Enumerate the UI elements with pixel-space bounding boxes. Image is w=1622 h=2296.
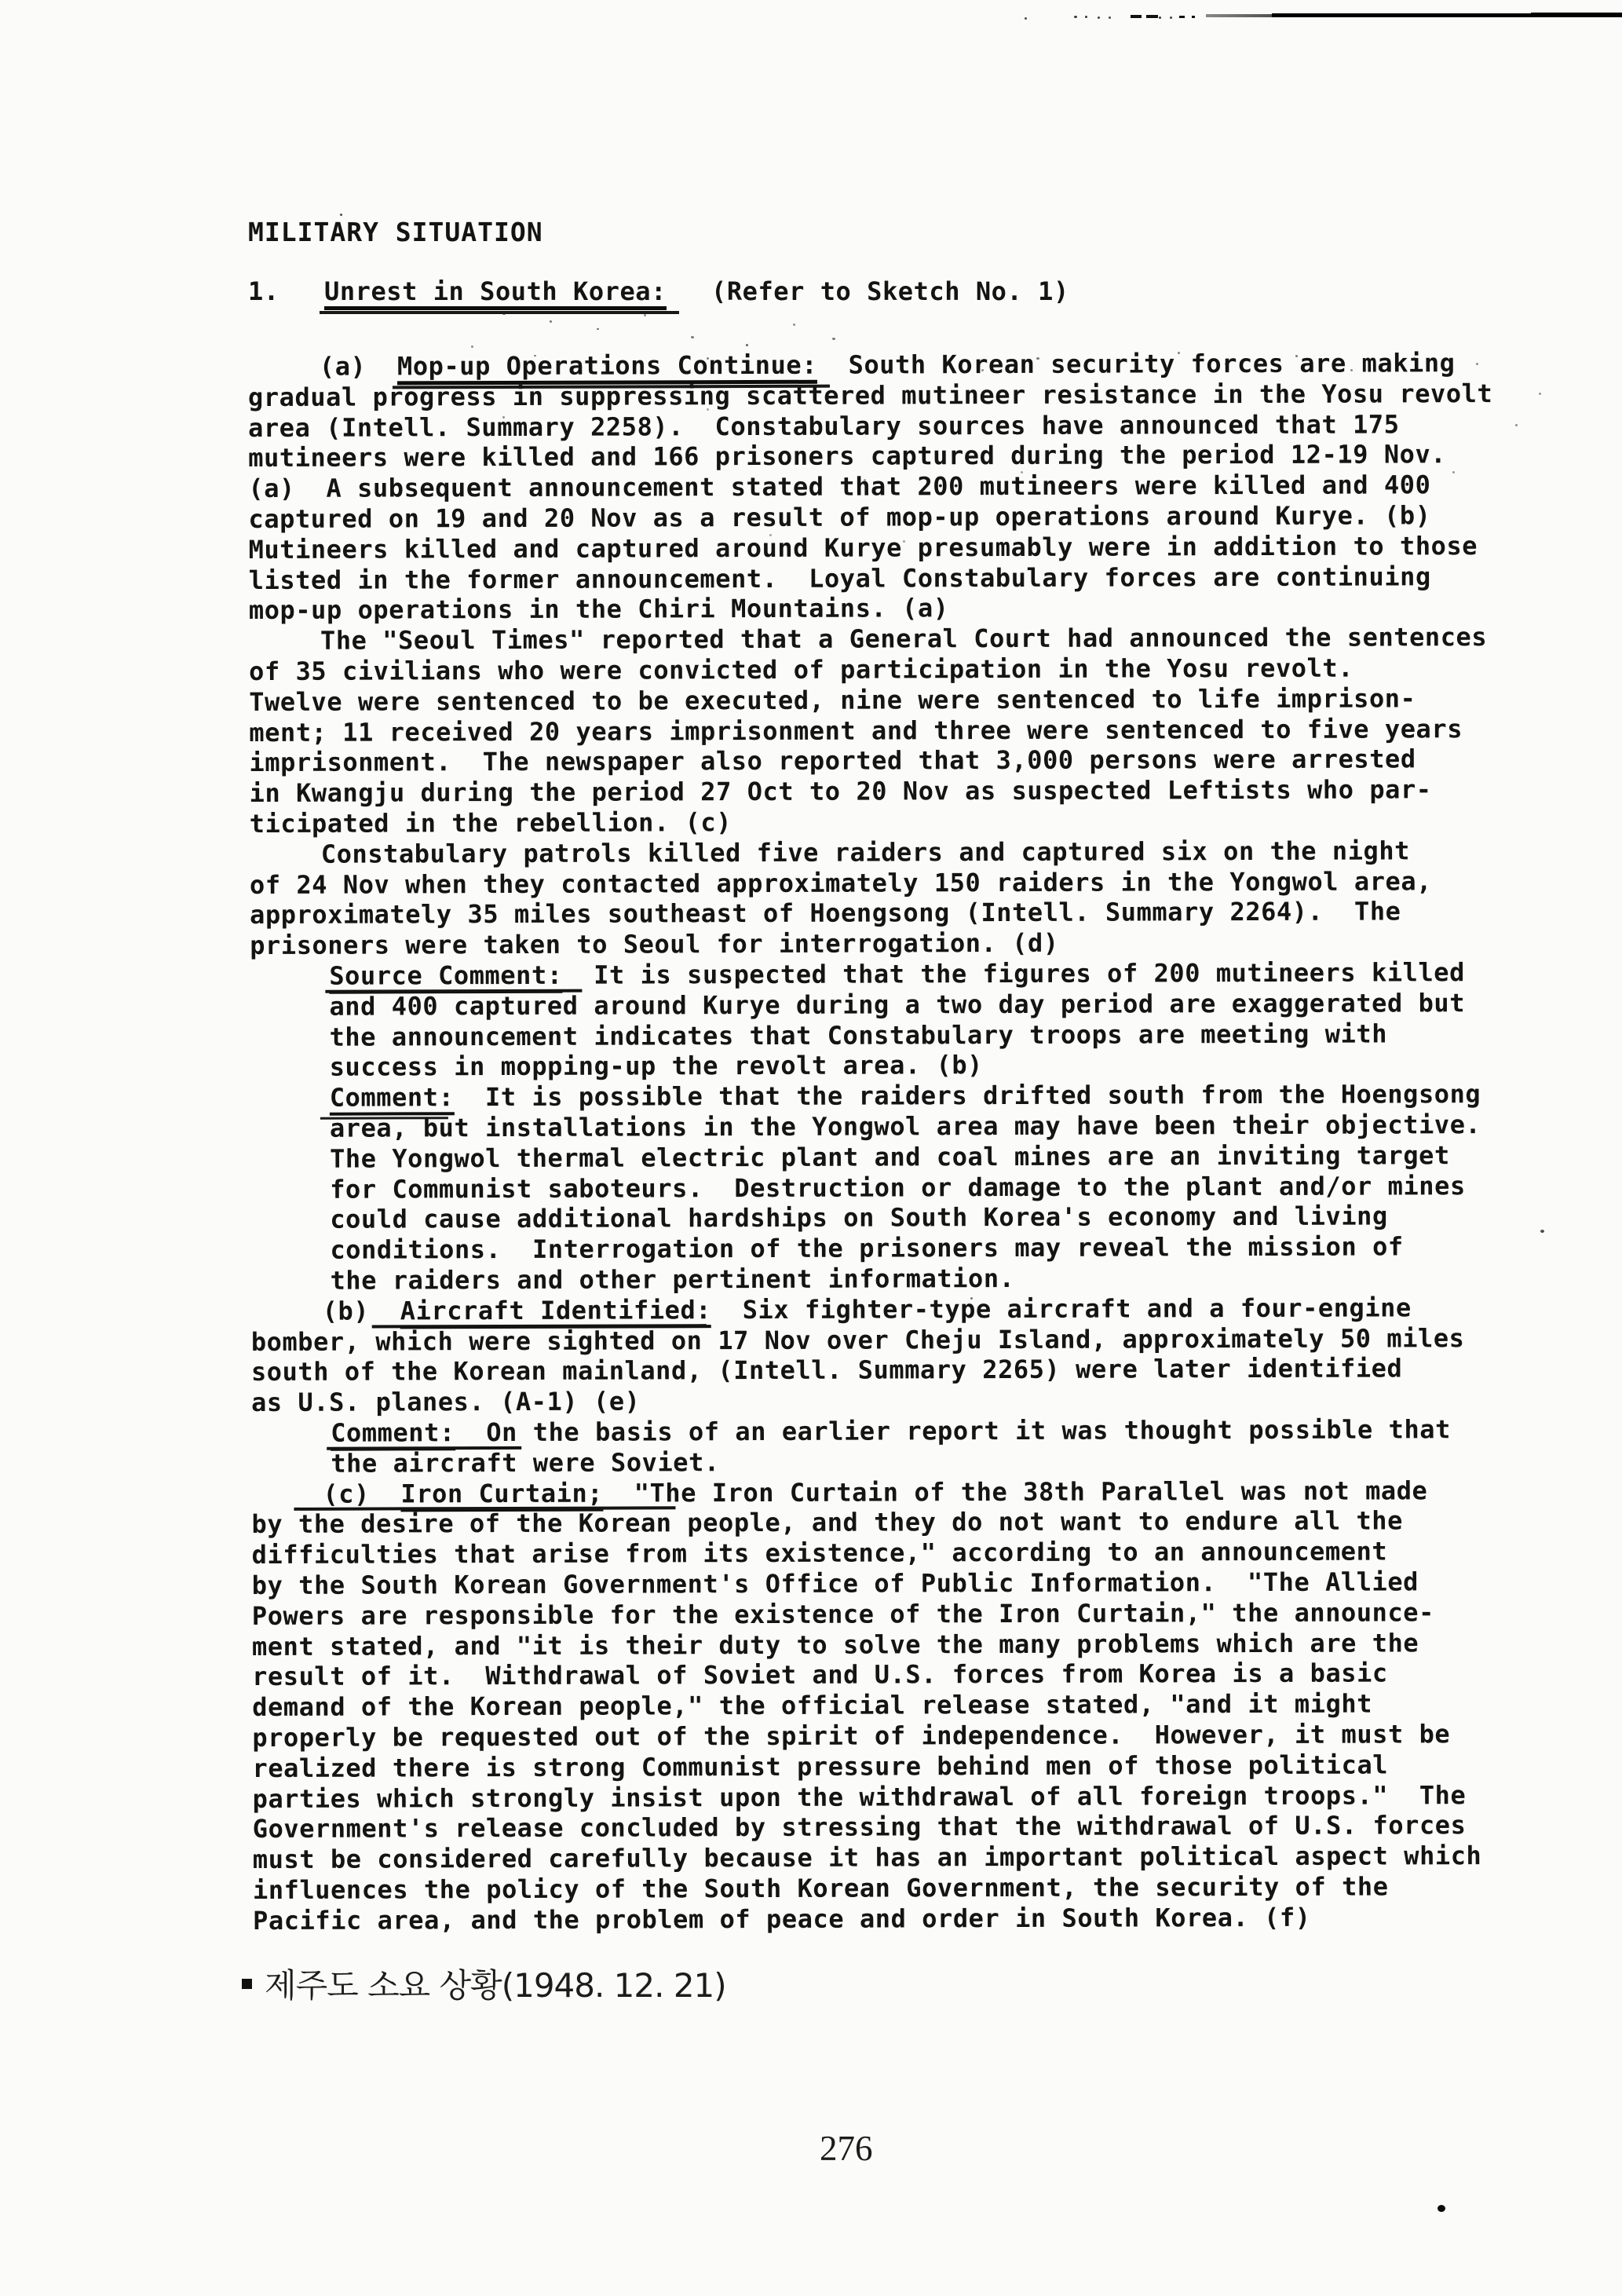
text-line: realized there is strong Communist press… [252, 1751, 1388, 1782]
text-segment: of 35 civilians who were convicted of pa… [249, 653, 1353, 686]
scan-speck [793, 324, 795, 326]
text-segment: properly be requested out of the spirit … [252, 1719, 1450, 1753]
text-segment: The Yongwol thermal electric plant and c… [330, 1140, 1450, 1173]
text-segment: Powers are responsible for the existence… [252, 1597, 1434, 1631]
text-line: the announcement indicates that Constabu… [330, 1020, 1388, 1050]
scan-speck [1159, 16, 1161, 19]
scan-speck [832, 338, 835, 340]
text-segment: difficulties that arise from its existen… [252, 1536, 1388, 1570]
scan-speck [1085, 16, 1087, 18]
scan-speck [1036, 357, 1039, 360]
text-segment: Six fighter-type aircraft and a four-eng… [711, 1292, 1412, 1325]
text-segment: The "Seoul Times" reported that a Genera… [320, 622, 1487, 656]
text-segment: mutineers were killed and 166 prisoners … [248, 439, 1446, 473]
text-line: captured on 19 and 20 Nov as a result of… [248, 502, 1430, 532]
text-line: of 35 civilians who were convicted of pa… [249, 655, 1353, 685]
text-line: ment stated, and "it is their duty to so… [252, 1629, 1419, 1660]
scan-speck [903, 540, 905, 543]
text-line: Source Comment: It is suspected that the… [329, 959, 1465, 989]
text-line: by the South Korean Government's Office … [252, 1568, 1419, 1599]
text-segment: prisoners were taken to Seoul for interr… [250, 928, 1059, 960]
scan-speck [1099, 369, 1101, 371]
text-segment: influences the policy of the South Korea… [253, 1871, 1389, 1905]
scan-speck [644, 314, 646, 316]
scan-speck [597, 328, 599, 330]
text-segment: Twelve were sentenced to be executed, ni… [249, 683, 1416, 717]
text-segment: (a) A subsequent announcement stated tha… [248, 470, 1430, 503]
text-line: bomber, which were sighted on 17 Nov ove… [251, 1325, 1465, 1355]
footnote-text: 제주도 소요 상황(1948. 12. 21) [265, 1960, 726, 2007]
text-segment: area (Intell. Summary 2258). Constabular… [248, 409, 1399, 443]
text-segment: Pacific area, and the problem of peace a… [253, 1903, 1311, 1936]
scan-speck [1350, 369, 1353, 371]
text-line: approximately 35 miles southeast of Hoen… [250, 898, 1401, 928]
text-line: and 400 captured around Kurye during a t… [329, 989, 1465, 1020]
text-line: ment; 11 received 20 years imprisonment … [249, 715, 1463, 746]
text-line: influences the policy of the South Korea… [253, 1873, 1389, 1903]
text-line: south of the Korean mainland, (Intell. S… [251, 1355, 1402, 1385]
text-line: (a) A subsequent announcement stated tha… [248, 471, 1430, 502]
document-body: (a) Mop-up Operations Continue: South Ko… [0, 0, 1622, 2296]
text-line: Constabulary patrols killed five raiders… [321, 837, 1410, 867]
text-segment: It is possible that the raiders drifted … [454, 1079, 1481, 1112]
scan-speck [550, 320, 552, 323]
text-segment: result of it. Withdrawal of Soviet and U… [252, 1658, 1388, 1691]
text-line: the aircraft were Soviet. [331, 1449, 720, 1477]
text-line: the raiders and other pertinent informat… [330, 1265, 1014, 1294]
scan-speck [502, 416, 505, 419]
text-segment: (b) [323, 1296, 400, 1325]
text-segment: imprisonment. The newspaper also reporte… [249, 744, 1416, 777]
text-line: imprisonment. The newspaper also reporte… [249, 745, 1416, 776]
text-line: Twelve were sentenced to be executed, ni… [249, 685, 1416, 715]
text-segment: demand of the Korean people," the offici… [252, 1689, 1372, 1722]
text-segment: area, but installations in the Yongwol a… [330, 1110, 1481, 1143]
text-line: (c) Iron Curtain; "The Iron Curtain of t… [323, 1477, 1427, 1507]
text-segment: in Kwangju during the period 27 Oct to 2… [250, 774, 1432, 808]
text-segment: On the basis of an earlier report it was… [455, 1414, 1451, 1447]
scan-speck [769, 534, 772, 536]
text-segment: of 24 Nov when they contacted approximat… [250, 866, 1432, 900]
scan-speck [1225, 363, 1228, 365]
heading-segment: Comment: [330, 1082, 455, 1115]
text-segment: must be considered carefully because it … [253, 1841, 1482, 1874]
scan-speck [1295, 355, 1298, 357]
text-line: mutineers were killed and 166 prisoners … [248, 441, 1446, 471]
text-line: difficulties that arise from its existen… [252, 1537, 1388, 1568]
scan-speck [746, 344, 748, 346]
text-segment: people, and they do not want to endure a… [671, 1505, 1402, 1537]
text-line: area (Intell. Summary 2258). Constabular… [248, 411, 1399, 441]
scan-speck [1109, 16, 1111, 19]
text-segment: It is suspected that the figures of 200 … [563, 957, 1465, 990]
text-segment: success in mopping-up the revolt area. (… [330, 1050, 983, 1082]
text-segment: the raiders and other pertinent informat… [330, 1263, 1014, 1296]
text-segment: captured on 19 and 20 Nov as a result of… [248, 500, 1430, 534]
text-line: (a) Mop-up Operations Continue: South Ko… [320, 349, 1456, 380]
scan-speck [1413, 357, 1416, 360]
text-segment: "The Iron Curtain of the 38th Parallel w… [603, 1475, 1427, 1508]
text-segment: gradual progress in suppressing scattere… [248, 378, 1492, 412]
scan-speck [340, 214, 342, 216]
text-line: Pacific area, and the problem of peace a… [253, 1904, 1311, 1934]
text-line: Government's release concluded by stress… [253, 1812, 1467, 1842]
text-line: listed in the former announcement. Loyal… [249, 563, 1431, 594]
scan-speck [970, 1297, 973, 1300]
scan-speck [1539, 393, 1541, 395]
text-line: properly be requested out of the spirit … [252, 1720, 1450, 1751]
scan-speck [981, 369, 984, 371]
text-line: Comment: On the basis of an earlier repo… [331, 1416, 1451, 1446]
text-segment: Government's release concluded by stress… [253, 1810, 1467, 1844]
text-segment: approximately 35 miles southeast of Hoen… [250, 896, 1401, 930]
text-segment: could cause additional hardships on Sout… [330, 1201, 1388, 1234]
underline-artifact-segment: the aircraft [331, 1448, 517, 1479]
text-line: demand of the Korean people," the offici… [252, 1691, 1372, 1720]
text-line: of 24 Nov when they contacted approximat… [250, 868, 1432, 898]
underline-artifact-segment: and 400 captured [329, 991, 578, 1022]
text-line: The Yongwol thermal electric plant and c… [330, 1142, 1450, 1172]
text-line: prisoners were taken to Seoul for interr… [250, 930, 1059, 959]
text-segment: parties which strongly insist upon the w… [253, 1780, 1467, 1814]
text-line: ticipated in the rebellion. (c) [250, 809, 732, 837]
text-segment: south of the Korean mainland, (Intell. S… [251, 1353, 1402, 1387]
text-line: area, but installations in the Yongwol a… [330, 1111, 1481, 1142]
scan-speck [1540, 1230, 1544, 1233]
scan-speck [471, 345, 473, 348]
text-line: Comment: It is possible that the raiders… [330, 1080, 1481, 1111]
text-segment: ment stated, and "it is their duty to so… [252, 1628, 1419, 1662]
scan-speck [707, 408, 709, 411]
scan-speck [1021, 471, 1023, 473]
text-line: as U.S. planes. (A-1) (e) [251, 1387, 640, 1416]
scan-speck [1178, 352, 1180, 354]
text-segment: 17 Nov over Cheju Island, approximately … [702, 1323, 1464, 1355]
text-line: could cause additional hardships on Sout… [330, 1202, 1388, 1232]
scan-speck [1476, 363, 1478, 365]
text-line: gradual progress in suppressing scattere… [248, 380, 1492, 411]
text-segment: realized there is strong Communist press… [252, 1749, 1388, 1783]
text-segment: ticipated in the rebellion. (c) [250, 807, 732, 839]
text-line: success in mopping-up the revolt area. (… [330, 1051, 983, 1080]
text-line: (b) Aircraft Identified: Six fighter-typ… [323, 1294, 1412, 1324]
text-segment: (c) [323, 1479, 400, 1508]
scan-speck [597, 428, 599, 430]
scan-speck [1170, 16, 1172, 19]
text-line: by the desire of the Korean people, and … [251, 1507, 1402, 1537]
text-line: The "Seoul Times" reported that a Genera… [320, 623, 1487, 654]
underline-artifact-segment: which were sighted on [375, 1325, 702, 1356]
scan-speck [534, 355, 536, 356]
text-line: parties which strongly insist upon the w… [253, 1782, 1467, 1812]
text-segment: the announcement indicates that Constabu… [330, 1018, 1388, 1051]
scan-speck [1098, 16, 1100, 19]
text-segment: bomber, [251, 1327, 376, 1357]
text-line: conditions. Interrogation of the prisone… [330, 1233, 1403, 1263]
text-segment: around Kurye during a two day period are… [578, 988, 1465, 1021]
text-segment: by the South Korean Government's Office … [252, 1567, 1419, 1600]
text-line: Powers are responsible for the existence… [252, 1599, 1434, 1629]
footnote-korean: 제주도 소요 상황(1948. 12. 21) [242, 1960, 726, 2007]
scan-speck [864, 479, 866, 481]
document-page: MILITARY SITUATION 1. Unrest in South Ko… [0, 0, 1622, 2296]
text-segment: were Soviet. [517, 1447, 720, 1478]
text-line: in Kwangju during the period 27 Oct to 2… [250, 776, 1432, 806]
scan-speck [502, 313, 506, 315]
text-segment: by [251, 1509, 298, 1539]
scan-speck [1452, 471, 1455, 473]
text-line: must be considered carefully because it … [253, 1842, 1482, 1873]
text-segment: conditions. Interrogation of the prisone… [330, 1231, 1403, 1264]
text-segment: as U.S. planes. (A-1) (e) [251, 1386, 641, 1417]
scan-speck [1515, 424, 1518, 426]
text-segment: for Communist saboteurs. Destruction or … [330, 1171, 1466, 1205]
text-segment: Constabulary patrols killed five raiders… [321, 835, 1410, 868]
text-segment: Mutineers killed and captured around Kur… [249, 531, 1478, 565]
text-segment: (a) [320, 351, 397, 381]
text-segment: listed in the former announcement. Loyal… [249, 561, 1431, 595]
scan-speck [605, 363, 607, 365]
scan-speck [1025, 17, 1027, 20]
page-number: 276 [820, 2128, 873, 2169]
text-segment: mop-up operations in the Chiri Mountains… [249, 593, 949, 625]
underline-artifact-segment: the desire of the Korean [298, 1508, 672, 1538]
heading-segment: Mop-up Operations Continue: [397, 350, 817, 386]
text-line: for Communist saboteurs. Destruction or … [330, 1172, 1466, 1203]
scan-speck [707, 357, 709, 360]
scan-speck [1074, 16, 1077, 18]
text-line: mop-up operations in the Chiri Mountains… [249, 594, 949, 623]
scan-artifact-dot [1438, 2205, 1445, 2212]
text-segment: ment; 11 received 20 years imprisonment … [249, 714, 1463, 748]
text-line: result of it. Withdrawal of Soviet and U… [252, 1659, 1388, 1690]
bullet-square-icon [242, 1979, 252, 1989]
scan-speck [691, 336, 694, 338]
text-segment: South Korean security forces are making [817, 348, 1456, 380]
text-line: Mutineers killed and captured around Kur… [249, 532, 1478, 563]
